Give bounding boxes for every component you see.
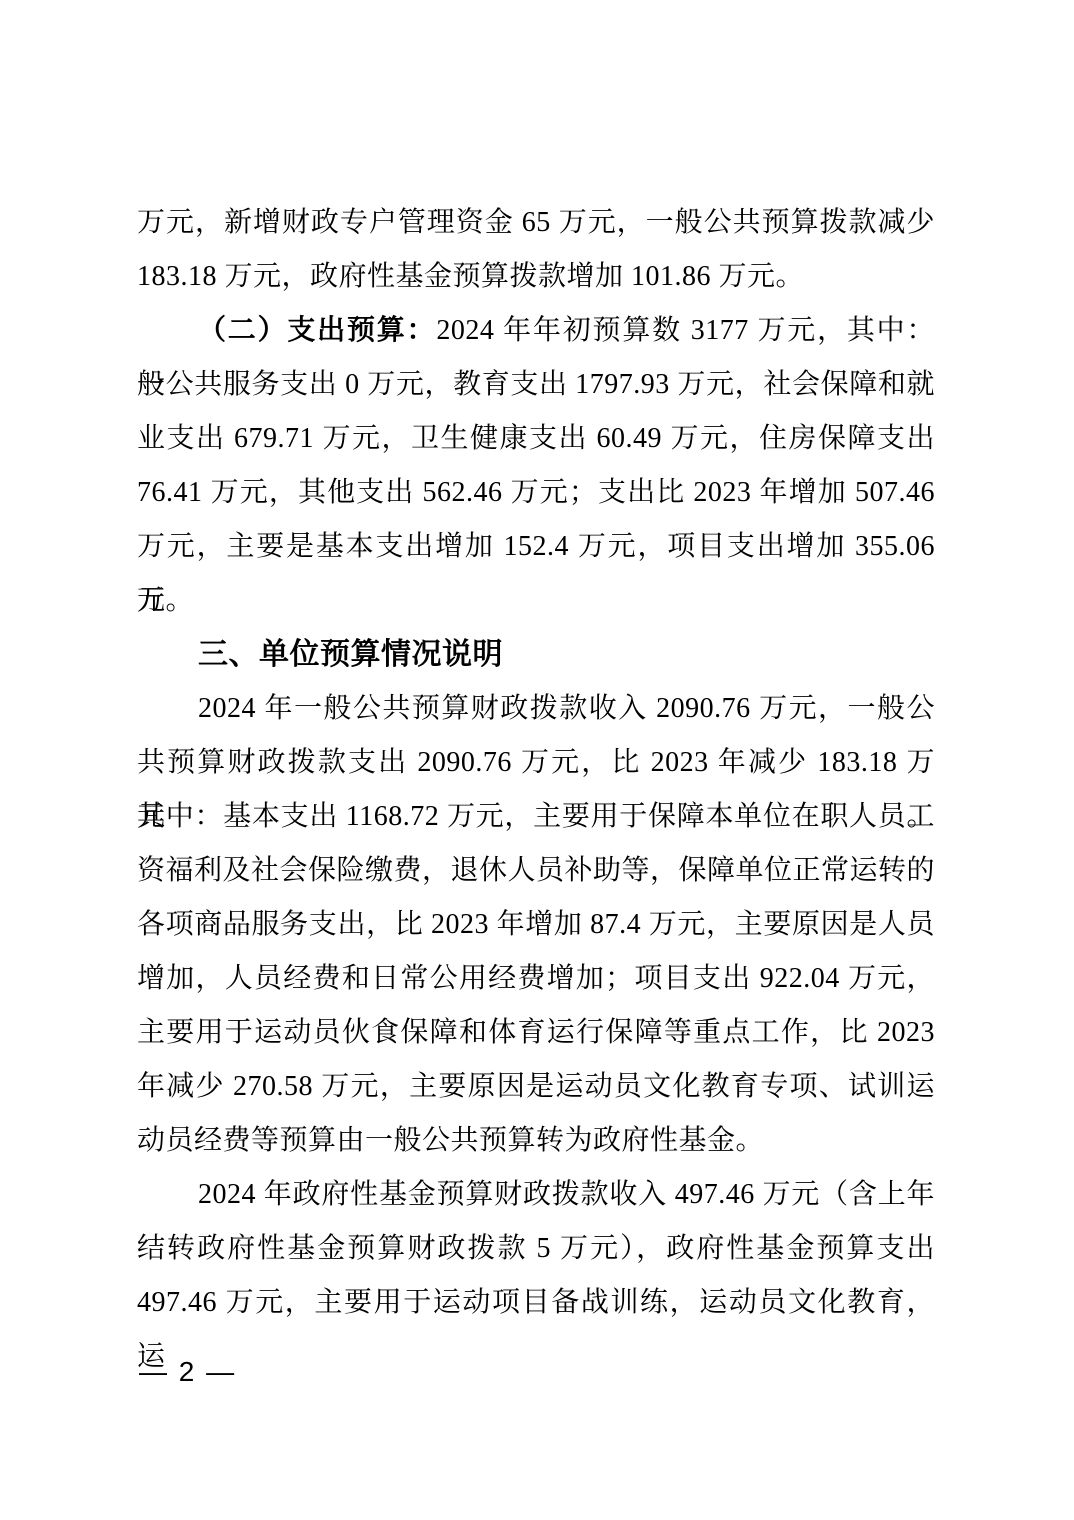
body-line-01: 万元，新增财政专户管理资金 65 万元，一般公共预算拨款减少 <box>137 196 935 250</box>
body-line-13: 资福利及社会保险缴费，退休人员补助等，保障单位正常运转的 <box>137 844 935 898</box>
body-line-11: 共预算财政拨款支出 2090.76 万元，比 2023 年减少 183.18 万… <box>137 736 935 790</box>
body-line-18: 动员经费等预算由一般公共预算转为政府性基金。 <box>137 1114 935 1168</box>
document-body: 万元，新增财政专户管理资金 65 万元，一般公共预算拨款减少 183.18 万元… <box>137 196 935 1330</box>
body-line-21: 497.46 万元，主要用于运动项目备战训练，运动员文化教育，运 <box>137 1276 935 1330</box>
body-line-07: 万元，主要是基本支出增加 152.4 万元，项目支出增加 355.06 万 <box>137 520 935 574</box>
body-line-12: 其中：基本支出 1168.72 万元，主要用于保障本单位在职人员工 <box>137 790 935 844</box>
page-number: — 2 — <box>139 1352 236 1392</box>
body-line-10: 2024 年一般公共预算财政拨款收入 2090.76 万元，一般公 <box>137 682 935 736</box>
body-line-19: 2024 年政府性基金预算财政拨款收入 497.46 万元（含上年 <box>137 1168 935 1222</box>
body-line-17: 年减少 270.58 万元，主要原因是运动员文化教育专项、试训运 <box>137 1060 935 1114</box>
body-line-02: 183.18 万元，政府性基金预算拨款增加 101.86 万元。 <box>137 250 935 304</box>
body-line-05: 业支出 679.71 万元，卫生健康支出 60.49 万元，住房保障支出 <box>137 412 935 466</box>
body-line-06: 76.41 万元，其他支出 562.46 万元；支出比 2023 年增加 507… <box>137 466 935 520</box>
body-line-20: 结转政府性基金预算财政拨款 5 万元），政府性基金预算支出 <box>137 1222 935 1276</box>
document-page: 万元，新增财政专户管理资金 65 万元，一般公共预算拨款减少 183.18 万元… <box>0 0 1074 1520</box>
body-line-15: 增加，人员经费和日常公用经费增加；项目支出 922.04 万元， <box>137 952 935 1006</box>
paragraph-label: （二）支出预算： <box>198 315 436 346</box>
body-line-14: 各项商品服务支出，比 2023 年增加 87.4 万元，主要原因是人员 <box>137 898 935 952</box>
body-line-04: 般公共服务支出 0 万元，教育支出 1797.93 万元，社会保障和就 <box>137 358 935 412</box>
body-line-16: 主要用于运动员伙食保障和体育运行保障等重点工作，比 2023 <box>137 1006 935 1060</box>
body-line-03: （二）支出预算：2024 年年初预算数 3177 万元，其中：一 <box>137 304 935 358</box>
body-line-08: 元。 <box>137 574 935 628</box>
section-heading: 三、单位预算情况说明 <box>137 628 935 682</box>
